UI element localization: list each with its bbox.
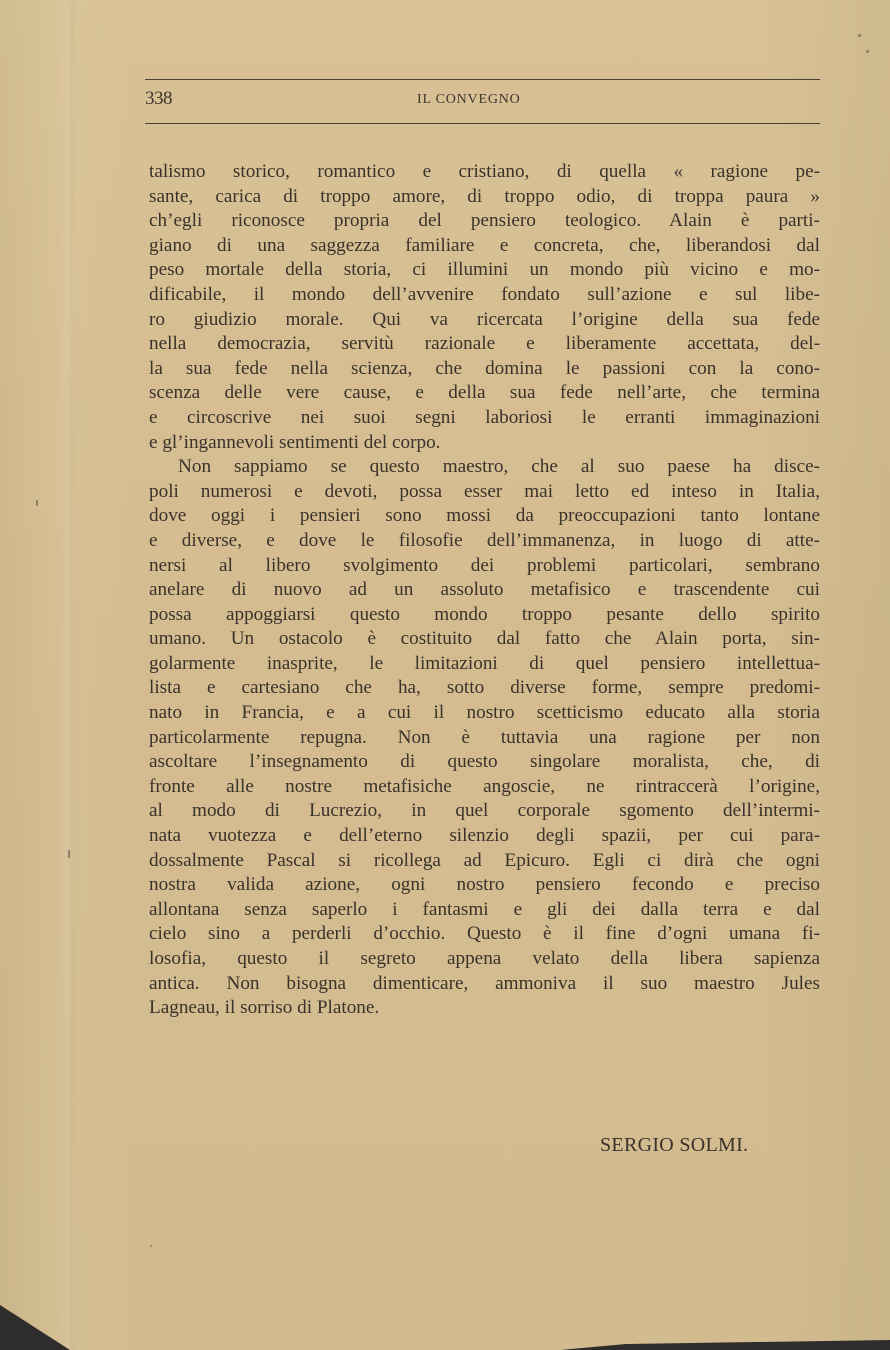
text-line: nersi al libero svolgimento dei problemi… bbox=[149, 554, 820, 579]
text-line: ch’egli riconosce propria del pensiero t… bbox=[149, 209, 820, 234]
text-line: allontana senza saperlo i fantasmi e gli… bbox=[149, 898, 820, 923]
paper-speck bbox=[36, 500, 38, 506]
header-rule-top bbox=[145, 79, 820, 80]
page-fold-shadow bbox=[60, 0, 74, 1350]
paragraph-start-line: Non sappiamo se questo maestro, che al s… bbox=[149, 455, 820, 480]
paper-speck bbox=[68, 850, 70, 858]
text-line: ro giudizio morale. Qui va ricercata l’o… bbox=[149, 308, 820, 333]
text-line: peso mortale della storia, ci illumini u… bbox=[149, 258, 820, 283]
body-text: talismo storico, romantico e cristiano, … bbox=[149, 160, 820, 1021]
text-line: nato in Francia, e a cui il nostro scett… bbox=[149, 701, 820, 726]
text-line: dove oggi i pensieri sono mossi da preoc… bbox=[149, 504, 820, 529]
text-line: possa appoggiarsi questo mondo troppo pe… bbox=[149, 603, 820, 628]
text-line: dificabile, il mondo dell’avvenire fonda… bbox=[149, 283, 820, 308]
text-line: poli numerosi e devoti, possa esser mai … bbox=[149, 480, 820, 505]
running-title: IL CONVEGNO bbox=[417, 92, 521, 108]
text-line: particolarmente repugna. Non è tuttavia … bbox=[149, 726, 820, 751]
text-line: fronte alle nostre metafisiche angoscie,… bbox=[149, 775, 820, 800]
text-line: nata vuotezza e dell’eterno silenzio deg… bbox=[149, 824, 820, 849]
text-line: golarmente inasprite, le limitazioni di … bbox=[149, 652, 820, 677]
text-line: dossalmente Pascal si ricollega ad Epicu… bbox=[149, 849, 820, 874]
text-line: giano di una saggezza familiare e concre… bbox=[149, 234, 820, 259]
text-line: e circoscrive nei suoi segni laboriosi l… bbox=[149, 406, 820, 431]
page-number: 338 bbox=[145, 88, 172, 110]
text-line: al modo di Lucrezio, in quel corporale s… bbox=[149, 799, 820, 824]
scanned-page: 338 IL CONVEGNO talismo storico, romanti… bbox=[0, 0, 890, 1350]
text-line: cielo sino a perderli d’occhio. Questo è… bbox=[149, 922, 820, 947]
text-line: umano. Un ostacolo è costituito dal fatt… bbox=[149, 627, 820, 652]
text-line: nostra valida azione, ogni nostro pensie… bbox=[149, 873, 820, 898]
page-bottom-edge-shadow bbox=[560, 1340, 890, 1350]
text-line: nella democrazia, servitù razionale e li… bbox=[149, 332, 820, 357]
text-line: e diverse, e dove le filosofie dell’imma… bbox=[149, 529, 820, 554]
text-line: losofia, questo il segreto appena velato… bbox=[149, 947, 820, 972]
paper-speck bbox=[858, 34, 861, 37]
paper-speck bbox=[866, 50, 869, 53]
text-line: antica. Non bisogna dimenticare, ammoniv… bbox=[149, 972, 820, 997]
paragraph-end-line: e gl’ingannevoli sentimenti del corpo. bbox=[149, 431, 820, 456]
text-line: sante, carica di troppo amore, di troppo… bbox=[149, 185, 820, 210]
text-line: anelare di nuovo ad un assoluto metafisi… bbox=[149, 578, 820, 603]
text-line: scenza delle vere cause, e della sua fed… bbox=[149, 381, 820, 406]
text-line: lista e cartesiano che ha, sotto diverse… bbox=[149, 676, 820, 701]
text-line: la sua fede nella scienza, che domina le… bbox=[149, 357, 820, 382]
paper-speck bbox=[150, 1245, 152, 1247]
paragraph-end-line: Lagneau, il sorriso di Platone. bbox=[149, 996, 820, 1021]
text-line: talismo storico, romantico e cristiano, … bbox=[149, 160, 820, 185]
running-header: 338 IL CONVEGNO bbox=[145, 88, 820, 114]
header-rule-bottom bbox=[145, 123, 820, 124]
text-line: ascoltare l’insegnamento di questo singo… bbox=[149, 750, 820, 775]
author-signature: SERGIO SOLMI. bbox=[600, 1134, 748, 1157]
